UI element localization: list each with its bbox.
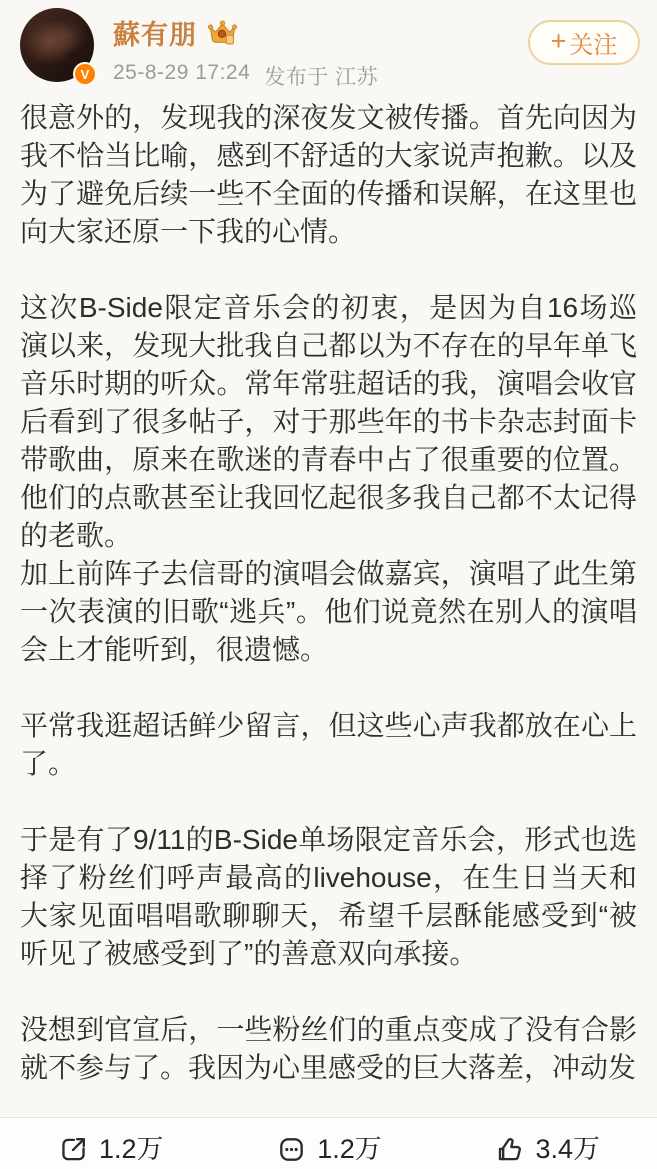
timestamp: 25-8-29 17:24 [113,61,250,91]
action-bar: 1.2万 1.2万 3.4万 [0,1117,657,1169]
post-paragraph: 这次B-Side限定音乐会的初衷，是因为自16场巡演以来，发现大批我自己都以为不… [20,289,637,555]
comment-button[interactable]: 1.2万 [275,1133,382,1166]
location: 发布于 江苏 [264,61,378,91]
post-header: V 蘇有朋 25-8-29 17:24 发布于 江苏 [0,0,657,99]
repost-button[interactable]: 1.2万 [57,1133,164,1166]
post-body: 很意外的，发现我的深夜发文被传播。首先向因为我不恰当比喻，感到不舒适的大家说声抱… [20,99,637,1169]
avatar[interactable]: V [20,8,94,82]
post-paragraph: 加上前阵子去信哥的演唱会做嘉宾，演唱了此生第一次表演的旧歌“逃兵”。他们说竟然在… [20,555,637,669]
user-meta: 蘇有朋 25-8-29 17:24 发布于 江苏 [113,13,378,91]
comment-icon [275,1133,308,1166]
weibo-post-screen: V 蘇有朋 25-8-29 17:24 发布于 江苏 [0,0,657,1169]
post-paragraph: 平常我逛超话鲜少留言，但这些心声我都放在心上了。 [20,707,637,783]
like-button[interactable]: 3.4万 [493,1133,600,1166]
repost-icon [57,1133,90,1166]
username[interactable]: 蘇有朋 [113,13,197,52]
like-count: 3.4万 [535,1133,600,1166]
post-paragraph: 于是有了9/11的B-Side单场限定音乐会，形式也选择了粉丝们呼声最高的liv… [20,821,637,973]
post-paragraph: 没想到官宣后，一些粉丝们的重点变成了没有合影就不参与了。我因为心里感受的巨大落差… [20,1011,637,1087]
post-paragraph: 很意外的，发现我的深夜发文被传播。首先向因为我不恰当比喻，感到不舒适的大家说声抱… [20,99,637,251]
vip-crown-icon [206,18,239,48]
follow-button[interactable]: + 关注 [528,20,640,65]
verified-icon: V [73,62,97,86]
plus-icon: + [551,28,567,55]
repost-count: 1.2万 [99,1133,164,1166]
post-meta: 25-8-29 17:24 发布于 江苏 [113,61,378,91]
follow-button-label: 关注 [569,25,617,60]
thumbs-up-icon [493,1133,526,1166]
comment-count: 1.2万 [317,1133,382,1166]
